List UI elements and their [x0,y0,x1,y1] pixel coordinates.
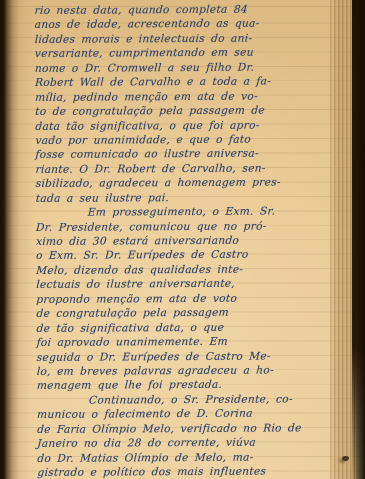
handwritten-line: menagem que lhe foi prestada. [36,377,337,393]
handwritten-line: lectuais do ilustre aniversariante, [36,276,337,292]
handwritten-line: to de congratulação pela passagem de [35,103,336,119]
handwritten-line: versariante, cumprimentando em seu [34,45,335,61]
handwritten-line: Janeiro no dia 28 do corrente, viúva [37,435,338,451]
handwritten-line: sibilizado, agradeceu a homenagem pres- [35,175,336,191]
handwritten-line: gistrado e político dos mais influentes [37,464,338,479]
handwriting-text: rio nesta data, quando completa 84anos d… [35,2,338,479]
manuscript-page: rio nesta data, quando completa 84anos d… [0,0,365,479]
handwritten-line: anos de idade, acrescentando as qua- [34,17,335,33]
handwritten-line: foi aprovado unanimemente. Em [36,334,337,350]
handwritten-line: fosse comunicado ao ilustre aniversa- [35,146,336,162]
handwritten-line: Robert Wall de Carvalho e a toda a fa- [35,74,336,90]
handwritten-line: de congratulação pela passagem [36,305,337,321]
left-binding-shadow [0,0,34,479]
handwritten-line: municou o falecimento de D. Corina [37,406,338,422]
right-edge-shadow [352,0,365,479]
handwritten-line: Em prosseguimento, o Exm. Sr. [35,204,336,220]
handwritten-line: o Exm. Sr. Dr. Eurípedes de Castro [36,248,337,264]
